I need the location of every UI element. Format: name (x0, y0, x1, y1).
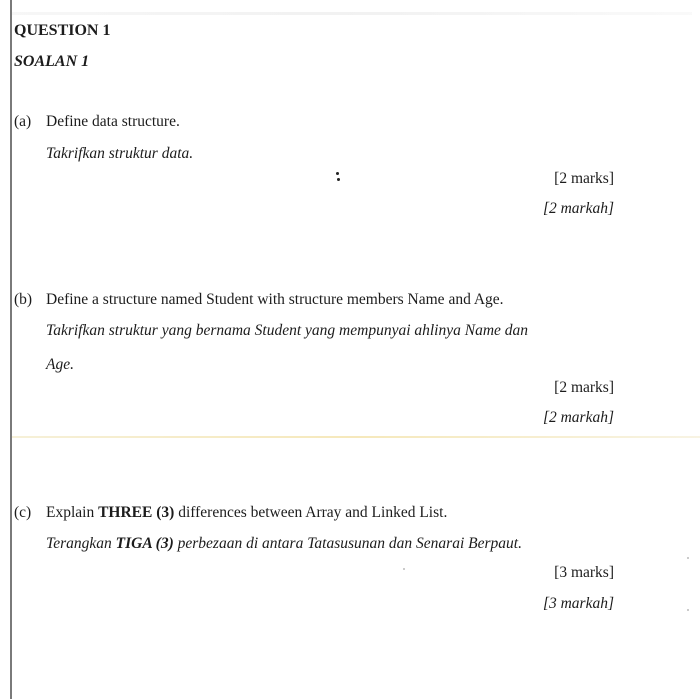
marks-label: [2 marks] (554, 379, 614, 397)
part-text-malay-post: perbezaan di antara Tatasusunan dan Sena… (174, 535, 522, 552)
scan-smudge (12, 12, 692, 15)
scan-speck (336, 172, 340, 182)
part-text-malay: Takrifkan struktur data. (46, 145, 193, 163)
page-left-border (10, 0, 12, 699)
part-text-malay: Takrifkan struktur yang bernama Student … (46, 322, 528, 340)
question-title-malay: SOALAN 1 (14, 53, 89, 71)
part-label: (a) (14, 113, 31, 131)
scan-dot (687, 557, 689, 559)
marks-label-malay: [3 markah] (543, 595, 614, 613)
part-text: Explain THREE (3) differences between Ar… (46, 504, 447, 522)
part-text-emphasis: THREE (3) (98, 504, 174, 521)
part-label: (b) (14, 291, 32, 309)
part-text-malay-continued: Age. (46, 356, 74, 374)
part-text-malay-emphasis: TIGA (3) (116, 535, 174, 552)
marks-label: [3 marks] (554, 564, 614, 582)
question-title: QUESTION 1 (14, 22, 110, 40)
marks-label-malay: [2 markah] (543, 200, 614, 218)
marks-label-malay: [2 markah] (543, 409, 614, 427)
part-text: Define data structure. (46, 113, 180, 131)
part-label: (c) (14, 504, 31, 522)
part-text: Define a structure named Student with st… (46, 291, 504, 309)
part-text-post: differences between Array and Linked Lis… (174, 504, 447, 521)
part-text-pre: Explain (46, 504, 98, 521)
scan-fold-line (12, 436, 700, 438)
scan-dot (403, 568, 405, 570)
part-text-malay: Terangkan TIGA (3) perbezaan di antara T… (46, 535, 522, 553)
marks-label: [2 marks] (554, 170, 614, 188)
scan-dot (687, 609, 689, 611)
part-text-malay-pre: Terangkan (46, 535, 116, 552)
